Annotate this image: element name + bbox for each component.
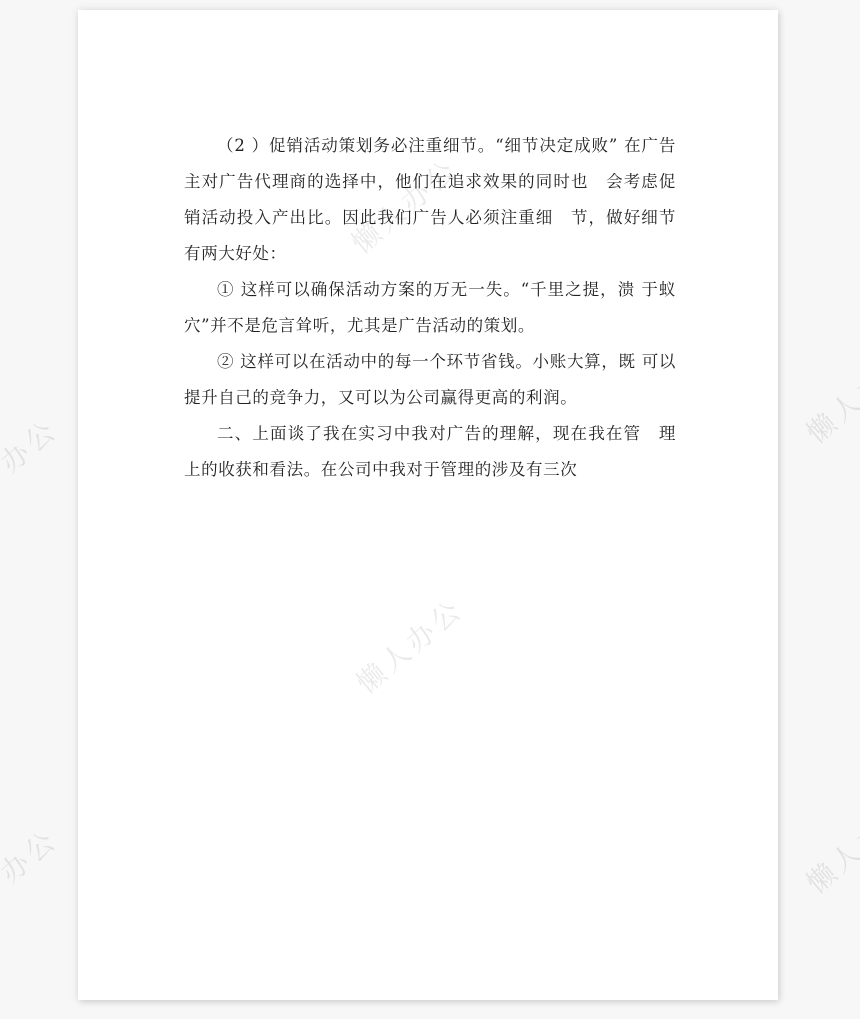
document-body: （2 ）促销活动策划务必注重细节。“细节决定成败” 在广告主对广告代理商的选择中… <box>184 128 676 488</box>
watermark-left-lower: 办公 <box>0 819 65 891</box>
paragraph-benefit-one: ① 这样可以确保活动方案的万无一失。“千里之提，溃 于蚁穴”并不是危言耸听，尤其… <box>184 272 676 344</box>
paragraph-management-intro: 二、上面谈了我在实习中我对广告的理解，现在我在管 理上的收获和看法。在公司中我对… <box>184 416 676 488</box>
paragraph-promotion-details: （2 ）促销活动策划务必注重细节。“细节决定成败” 在广告主对广告代理商的选择中… <box>184 128 676 272</box>
document-page: （2 ）促销活动策划务必注重细节。“细节决定成败” 在广告主对广告代理商的选择中… <box>78 10 778 1000</box>
watermark-left-upper: 办公 <box>0 409 65 481</box>
watermark-right-lower: 懒人办公 <box>797 789 860 902</box>
paragraph-benefit-two: ② 这样可以在活动中的每一个环节省钱。小账大算，既 可以提升自己的竞争力，又可以… <box>184 344 676 416</box>
watermark-right-upper: 懒人办公 <box>797 339 860 452</box>
